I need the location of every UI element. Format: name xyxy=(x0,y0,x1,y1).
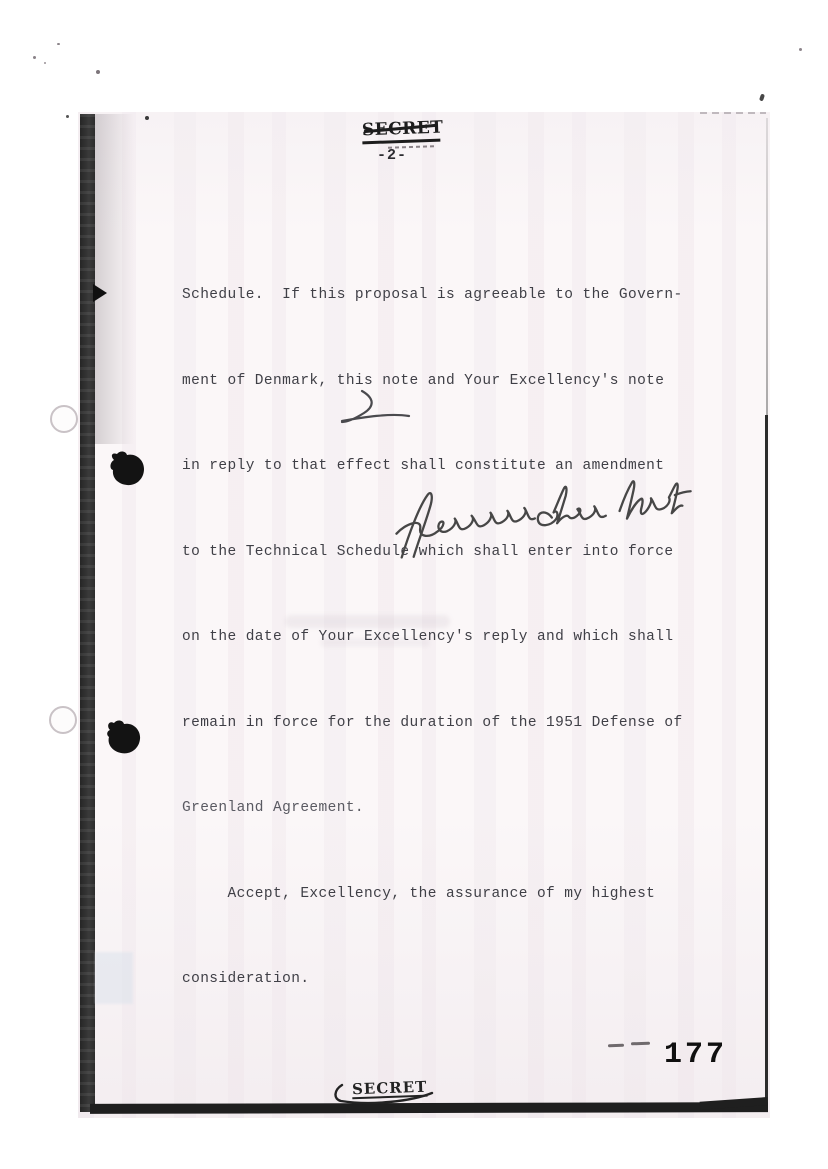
scan-top-edge xyxy=(700,112,766,114)
speck xyxy=(759,94,765,102)
speck xyxy=(44,62,46,64)
signature-stroke xyxy=(390,468,696,574)
speck xyxy=(66,115,69,118)
speck xyxy=(96,70,100,74)
scan-edge-shadow xyxy=(95,114,141,444)
body-line: Schedule. If this proposal is agreeable … xyxy=(182,281,682,310)
scan-left-edge xyxy=(80,114,95,1112)
handwritten-bracket-annotation xyxy=(300,385,430,433)
scan-right-edge xyxy=(765,415,768,1107)
body-line: Greenland Agreement. xyxy=(182,794,682,823)
body-line: Accept, Excellency, the assurance of my … xyxy=(182,880,682,909)
scan-right-edge-faint xyxy=(766,118,768,418)
speck xyxy=(33,56,36,59)
hole-punch xyxy=(50,405,78,433)
arrow-marker-icon xyxy=(93,284,107,302)
pencil-dash xyxy=(608,1044,624,1048)
archive-page-number: 177 xyxy=(664,1038,727,1072)
stamp-flourish xyxy=(328,1078,448,1110)
hole-punch xyxy=(49,706,77,734)
body-line: consideration. xyxy=(182,965,682,994)
body-line: remain in force for the duration of the … xyxy=(182,709,682,738)
letter-body: Schedule. If this proposal is agreeable … xyxy=(182,224,682,1051)
speck xyxy=(799,48,802,51)
speck xyxy=(145,116,149,120)
speck xyxy=(57,43,60,45)
classification-stamp-top: SECRET xyxy=(362,118,441,145)
ink-blob xyxy=(98,716,144,758)
typed-page-number: -2- xyxy=(368,147,416,164)
body-line: on the date of Your Excellency's reply a… xyxy=(182,623,682,652)
body-line: ment of Denmark, this note and Your Exce… xyxy=(182,367,682,396)
scanned-document-page: SECRET -2- Schedule. If this proposal is… xyxy=(0,0,828,1169)
signature: Katharine Elkus White xyxy=(392,476,694,566)
ink-blob xyxy=(100,448,148,490)
scan-discoloration xyxy=(95,952,133,1004)
